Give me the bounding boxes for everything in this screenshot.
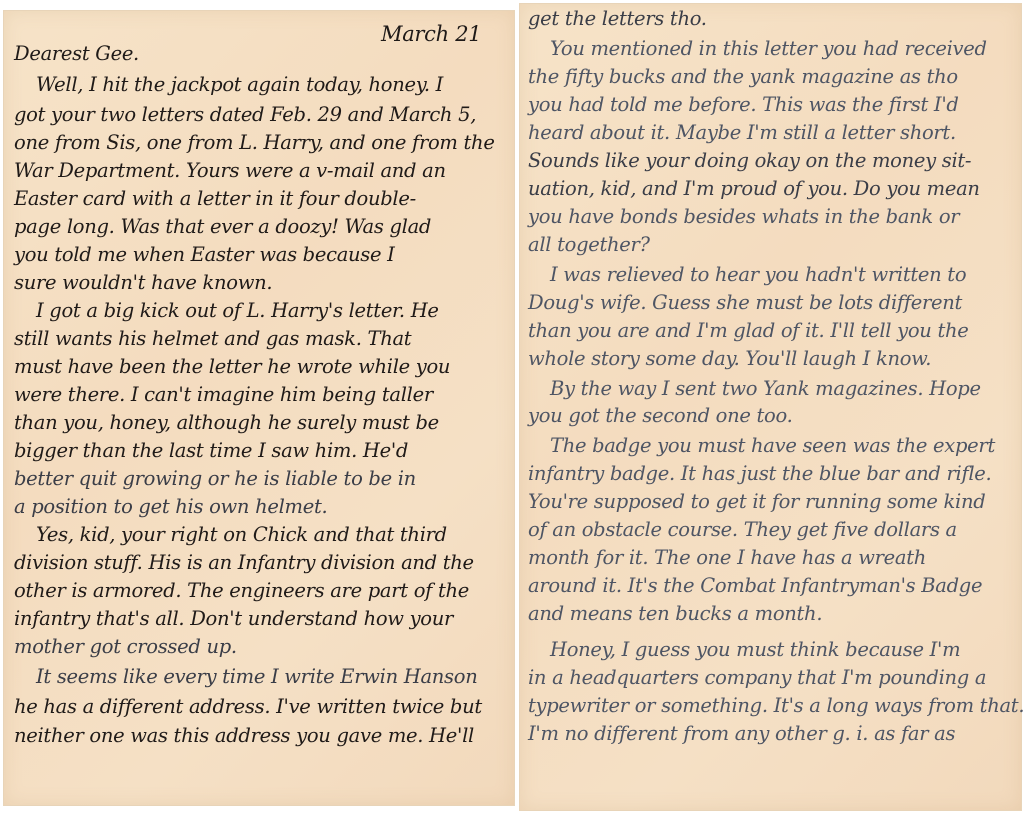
- text-line: page long. Was that ever a doozy! Was gl…: [14, 216, 431, 238]
- text-line: around it. It's the Combat Infantryman's…: [528, 575, 982, 597]
- text-line: month for it. The one I have has a wreat…: [528, 547, 926, 569]
- text-line: Well, I hit the jackpot again today, hon…: [36, 74, 443, 96]
- text-line: Doug's wife. Guess she must be lots diff…: [528, 292, 962, 314]
- letter-page-right: get the letters tho. You mentioned in th…: [519, 3, 1022, 811]
- text-line: I was relieved to hear you hadn't writte…: [550, 264, 966, 286]
- text-line: uation, kid, and I'm proud of you. Do yo…: [528, 178, 980, 200]
- letter-salutation: Dearest Gee.: [14, 43, 139, 65]
- text-line: mother got crossed up.: [14, 636, 237, 658]
- text-line: must have been the letter he wrote while…: [14, 356, 450, 378]
- text-line: of an obstacle course. They get five dol…: [528, 519, 957, 541]
- text-line: other is armored. The engineers are part…: [14, 580, 469, 602]
- text-line: neither one was this address you gave me…: [14, 725, 474, 747]
- text-line: infantry badge. It has just the blue bar…: [528, 463, 991, 485]
- letter-page-left: March 21 Dearest Gee. Well, I hit the ja…: [3, 10, 515, 806]
- text-line: bigger than the last time I saw him. He'…: [14, 440, 408, 462]
- text-line: Sounds like your doing okay on the money…: [528, 150, 971, 172]
- text-line: By the way I sent two Yank magazines. Ho…: [550, 378, 981, 400]
- text-line: still wants his helmet and gas mask. Tha…: [14, 328, 411, 350]
- text-line: all together?: [528, 234, 650, 256]
- text-line: one from Sis, one from L. Harry, and one…: [14, 132, 495, 154]
- text-line: sure wouldn't have known.: [14, 272, 272, 294]
- text-line: were there. I can't imagine him being ta…: [14, 384, 433, 406]
- text-line: Yes, kid, your right on Chick and that t…: [36, 524, 447, 546]
- text-line: I'm no different from any other g. i. as…: [528, 723, 955, 745]
- text-line: It seems like every time I write Erwin H…: [36, 666, 477, 688]
- text-line: you got the second one too.: [528, 405, 792, 427]
- text-line: typewriter or something. It's a long way…: [528, 695, 1024, 717]
- text-line: got your two letters dated Feb. 29 and M…: [14, 104, 476, 126]
- text-line: get the letters tho.: [528, 8, 707, 30]
- text-line: you had told me before. This was the fir…: [528, 94, 959, 116]
- text-line: better quit growing or he is liable to b…: [14, 468, 416, 490]
- text-line: than you are and I'm glad of it. I'll te…: [528, 320, 968, 342]
- text-line: and means ten bucks a month.: [528, 603, 822, 625]
- text-line: War Department. Yours were a v-mail and …: [14, 160, 446, 182]
- text-line: than you, honey, although he surely must…: [14, 412, 439, 434]
- text-line: The badge you must have seen was the exp…: [550, 435, 995, 457]
- text-line: whole story some day. You'll laugh I kno…: [528, 348, 931, 370]
- text-line: the fifty bucks and the yank magazine as…: [528, 66, 958, 88]
- text-line: Easter card with a letter in it four dou…: [14, 188, 416, 210]
- text-line: infantry that's all. Don't understand ho…: [14, 608, 453, 630]
- text-line: you told me when Easter was because I: [14, 244, 395, 266]
- text-line: you have bonds besides whats in the bank…: [528, 206, 959, 228]
- text-line: in a headquarters company that I'm pound…: [528, 667, 986, 689]
- text-line: You mentioned in this letter you had rec…: [550, 38, 987, 60]
- text-line: he has a different address. I've written…: [14, 696, 482, 718]
- text-line: division stuff. His is an Infantry divis…: [14, 552, 474, 574]
- text-line: heard about it. Maybe I'm still a letter…: [528, 122, 956, 144]
- text-line: I got a big kick out of L. Harry's lette…: [36, 300, 439, 322]
- text-line: Honey, I guess you must think because I'…: [550, 639, 960, 661]
- text-line: You're supposed to get it for running so…: [528, 491, 985, 513]
- text-line: a position to get his own helmet.: [14, 496, 327, 518]
- letter-date: March 21: [381, 23, 481, 45]
